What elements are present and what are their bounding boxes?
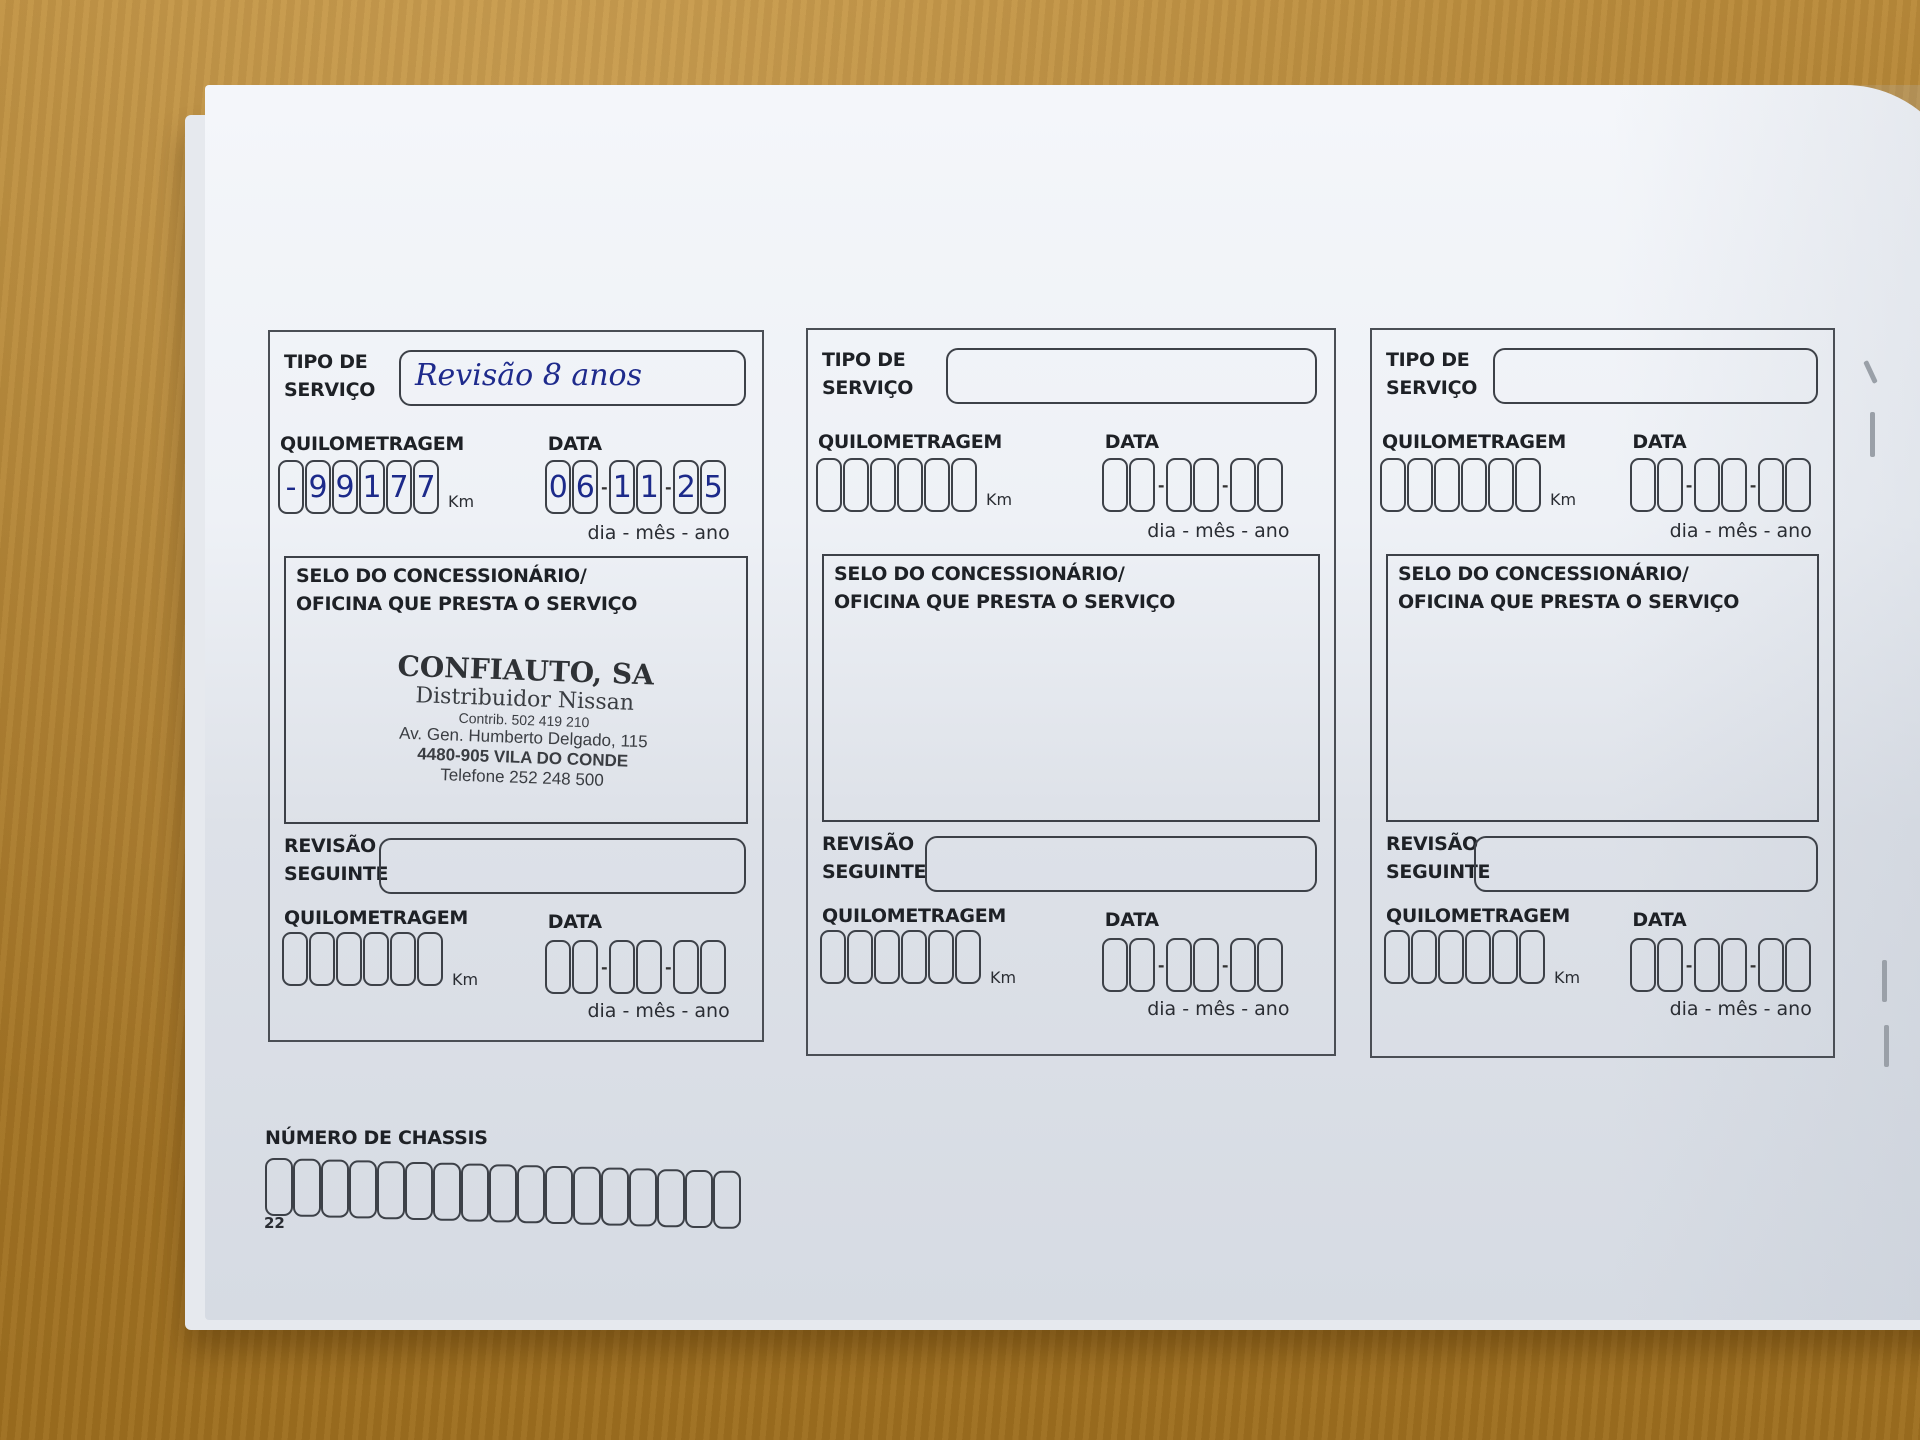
next-mileage-label: QUILOMETRAGEM <box>822 902 1006 930</box>
chassis-digit-box[interactable] <box>293 1159 321 1217</box>
digit-box[interactable] <box>1257 938 1283 992</box>
date-separator: - <box>663 478 673 497</box>
next-date-label: DATA <box>548 908 602 936</box>
digit-box[interactable] <box>1384 930 1410 984</box>
date-separator: - <box>599 958 609 977</box>
chassis-number-field[interactable] <box>265 1158 741 1216</box>
digit-box[interactable] <box>673 940 699 994</box>
date-format-hint: dia - mês - ano <box>587 1000 729 1022</box>
service-type-label: TIPO DE SERVIÇO <box>822 346 913 402</box>
chassis-digit-box[interactable] <box>433 1163 461 1221</box>
date-label: DATA <box>1632 428 1686 456</box>
chassis-digit-box[interactable] <box>601 1168 629 1226</box>
km-unit: Km <box>990 968 1016 987</box>
digit-box[interactable] <box>1193 938 1219 992</box>
chassis-digit-box[interactable] <box>489 1164 517 1222</box>
date-separator: - <box>1684 476 1694 495</box>
service-type-field[interactable]: Revisão 8 anos <box>399 350 746 406</box>
date-format-hint: dia - mês - ano <box>1670 998 1812 1020</box>
next-service-field[interactable] <box>379 838 746 894</box>
date-separator: - <box>1220 956 1230 975</box>
next-date-field[interactable]: -- <box>1630 938 1812 992</box>
stamp-area-label: SELO DO CONCESSIONÁRIO/ OFICINA QUE PRES… <box>834 560 1175 616</box>
date-format-hint: dia - mês - ano <box>1670 520 1812 542</box>
mileage-label: QUILOMETRAGEM <box>280 430 464 458</box>
date-field[interactable]: -- <box>1630 458 1812 512</box>
digit-box[interactable] <box>1102 938 1128 992</box>
digit-box[interactable] <box>1438 930 1464 984</box>
digit-box[interactable] <box>363 932 389 986</box>
digit-box[interactable] <box>901 930 927 984</box>
dealer-stamp-area: SELO DO CONCESSIONÁRIO/ OFICINA QUE PRES… <box>1386 554 1819 822</box>
next-date-field[interactable]: -- <box>545 940 727 994</box>
date-separator: - <box>663 958 673 977</box>
digit-box[interactable] <box>390 932 416 986</box>
next-date-label: DATA <box>1632 906 1686 934</box>
digit-box[interactable] <box>336 932 362 986</box>
digit-box[interactable] <box>820 930 846 984</box>
km-unit: Km <box>1550 490 1576 509</box>
digit-box[interactable] <box>1492 930 1518 984</box>
staple-bottom <box>1884 1025 1889 1067</box>
km-unit: Km <box>452 970 478 989</box>
next-mileage-field[interactable] <box>820 930 982 984</box>
digit-box[interactable] <box>870 458 896 512</box>
digit-box[interactable] <box>1230 458 1256 512</box>
service-record-card-1: TIPO DE SERVIÇORevisão 8 anosQUILOMETRAG… <box>268 330 764 1042</box>
digit-box[interactable] <box>545 940 571 994</box>
digit-box[interactable] <box>1519 930 1545 984</box>
digit-box[interactable] <box>955 930 981 984</box>
next-mileage-label: QUILOMETRAGEM <box>1386 902 1570 930</box>
digit-box[interactable] <box>1461 458 1487 512</box>
date-label: DATA <box>548 430 602 458</box>
next-service-field[interactable] <box>925 836 1317 892</box>
digit-box[interactable]: 1 <box>636 460 662 514</box>
chassis-digit-box[interactable] <box>405 1162 433 1220</box>
digit-box[interactable] <box>816 458 842 512</box>
dealer-stamp: CONFIAUTO, SADistribuidor NissanContrib.… <box>384 649 665 793</box>
chassis-digit-box[interactable] <box>377 1161 405 1219</box>
chassis-digit-box[interactable] <box>629 1168 657 1226</box>
stamp-area-label: SELO DO CONCESSIONÁRIO/ OFICINA QUE PRES… <box>296 562 637 618</box>
chassis-digit-box[interactable] <box>657 1169 685 1227</box>
service-type-field[interactable] <box>946 348 1317 404</box>
digit-box[interactable]: 1 <box>359 460 385 514</box>
digit-box[interactable] <box>1129 938 1155 992</box>
page-number: 22 <box>264 1214 285 1232</box>
staple-upper <box>1870 412 1875 457</box>
stamp-area-label: SELO DO CONCESSIONÁRIO/ OFICINA QUE PRES… <box>1398 560 1739 616</box>
digit-box[interactable] <box>309 932 335 986</box>
chassis-digit-box[interactable] <box>321 1160 349 1218</box>
km-unit: Km <box>1554 968 1580 987</box>
staple-lower <box>1882 960 1887 1002</box>
next-service-label: REVISÃO SEGUINTE <box>822 830 926 886</box>
service-type-label: TIPO DE SERVIÇO <box>284 348 375 404</box>
date-field[interactable]: 06-11-25 <box>545 460 727 514</box>
digit-box[interactable] <box>572 940 598 994</box>
digit-box[interactable] <box>951 458 977 512</box>
digit-box[interactable] <box>1694 458 1720 512</box>
digit-box[interactable] <box>1630 938 1656 992</box>
digit-box[interactable] <box>1257 458 1283 512</box>
digit-box[interactable] <box>700 940 726 994</box>
next-service-label: REVISÃO SEGUINTE <box>284 832 388 888</box>
digit-box[interactable] <box>1657 938 1683 992</box>
digit-box[interactable] <box>1434 458 1460 512</box>
date-separator: - <box>1156 956 1166 975</box>
mileage-field[interactable] <box>1380 458 1542 512</box>
digit-box[interactable]: 0 <box>545 460 571 514</box>
date-separator: - <box>1748 476 1758 495</box>
chassis-digit-box[interactable] <box>685 1170 713 1228</box>
dealer-stamp-area: SELO DO CONCESSIONÁRIO/ OFICINA QUE PRES… <box>284 556 748 824</box>
digit-box[interactable] <box>843 458 869 512</box>
date-separator: - <box>1156 476 1166 495</box>
digit-box[interactable] <box>1102 458 1128 512</box>
digit-box[interactable] <box>1694 938 1720 992</box>
digit-box[interactable]: 6 <box>572 460 598 514</box>
digit-box[interactable]: 1 <box>609 460 635 514</box>
digit-box[interactable] <box>924 458 950 512</box>
chassis-digit-box[interactable] <box>461 1164 489 1222</box>
chassis-digit-box[interactable] <box>349 1160 377 1218</box>
digit-box[interactable]: 9 <box>305 460 331 514</box>
digit-box[interactable] <box>1721 458 1747 512</box>
service-type-field[interactable] <box>1493 348 1819 404</box>
digit-box[interactable]: 7 <box>413 460 439 514</box>
chassis-digit-box[interactable] <box>573 1167 601 1225</box>
km-unit: Km <box>448 492 474 511</box>
next-mileage-field[interactable] <box>282 932 444 986</box>
km-unit: Km <box>986 490 1012 509</box>
digit-box[interactable] <box>1785 458 1811 512</box>
digit-box[interactable] <box>1488 458 1514 512</box>
digit-box[interactable]: - <box>278 460 304 514</box>
chassis-digit-box[interactable] <box>713 1171 741 1229</box>
digit-box[interactable] <box>1630 458 1656 512</box>
digit-box[interactable] <box>1230 938 1256 992</box>
date-label: DATA <box>1105 428 1159 456</box>
date-format-hint: dia - mês - ano <box>1147 998 1289 1020</box>
digit-box[interactable] <box>1411 930 1437 984</box>
digit-box[interactable]: 5 <box>700 460 726 514</box>
digit-box[interactable] <box>1465 930 1491 984</box>
date-separator: - <box>1684 956 1694 975</box>
digit-box[interactable] <box>1193 458 1219 512</box>
digit-box[interactable] <box>1721 938 1747 992</box>
digit-box[interactable] <box>1129 458 1155 512</box>
date-separator: - <box>1748 956 1758 975</box>
chassis-digit-box[interactable] <box>517 1165 545 1223</box>
mileage-label: QUILOMETRAGEM <box>818 428 1002 456</box>
chassis-digit-box[interactable] <box>545 1166 573 1224</box>
digit-box[interactable] <box>1380 458 1406 512</box>
date-separator: - <box>599 478 609 497</box>
next-mileage-field[interactable] <box>1384 930 1546 984</box>
dealer-stamp-area: SELO DO CONCESSIONÁRIO/ OFICINA QUE PRES… <box>822 554 1320 822</box>
service-record-card-3: TIPO DE SERVIÇOQUILOMETRAGEMKmDATA--dia … <box>1370 328 1835 1058</box>
mileage-field[interactable] <box>816 458 978 512</box>
date-separator: - <box>1220 476 1230 495</box>
digit-box[interactable] <box>928 930 954 984</box>
next-mileage-label: QUILOMETRAGEM <box>284 904 468 932</box>
digit-box[interactable] <box>1515 458 1541 512</box>
digit-box[interactable]: 9 <box>332 460 358 514</box>
digit-box[interactable] <box>847 930 873 984</box>
digit-box[interactable] <box>1785 938 1811 992</box>
service-type-label: TIPO DE SERVIÇO <box>1386 346 1477 402</box>
mileage-field[interactable]: -99177 <box>278 460 440 514</box>
date-format-hint: dia - mês - ano <box>1147 520 1289 542</box>
digit-box[interactable] <box>874 930 900 984</box>
digit-box[interactable] <box>1407 458 1433 512</box>
next-service-field[interactable] <box>1474 836 1818 892</box>
mileage-label: QUILOMETRAGEM <box>1382 428 1566 456</box>
next-date-label: DATA <box>1105 906 1159 934</box>
service-record-card-2: TIPO DE SERVIÇOQUILOMETRAGEMKmDATA--dia … <box>806 328 1336 1056</box>
digit-box[interactable] <box>1657 458 1683 512</box>
digit-box[interactable] <box>417 932 443 986</box>
chassis-label: NÚMERO DE CHASSIS <box>265 1124 488 1152</box>
chassis-digit-box[interactable] <box>265 1158 293 1216</box>
date-format-hint: dia - mês - ano <box>587 522 729 544</box>
digit-box[interactable] <box>1758 938 1784 992</box>
digit-box[interactable] <box>1166 458 1192 512</box>
digit-box[interactable] <box>636 940 662 994</box>
digit-box[interactable] <box>282 932 308 986</box>
digit-box[interactable] <box>609 940 635 994</box>
service-type-value: Revisão 8 anos <box>415 358 642 393</box>
digit-box[interactable] <box>1758 458 1784 512</box>
digit-box[interactable]: 2 <box>673 460 699 514</box>
digit-box[interactable]: 7 <box>386 460 412 514</box>
digit-box[interactable] <box>1166 938 1192 992</box>
date-field[interactable]: -- <box>1102 458 1284 512</box>
next-date-field[interactable]: -- <box>1102 938 1284 992</box>
digit-box[interactable] <box>897 458 923 512</box>
